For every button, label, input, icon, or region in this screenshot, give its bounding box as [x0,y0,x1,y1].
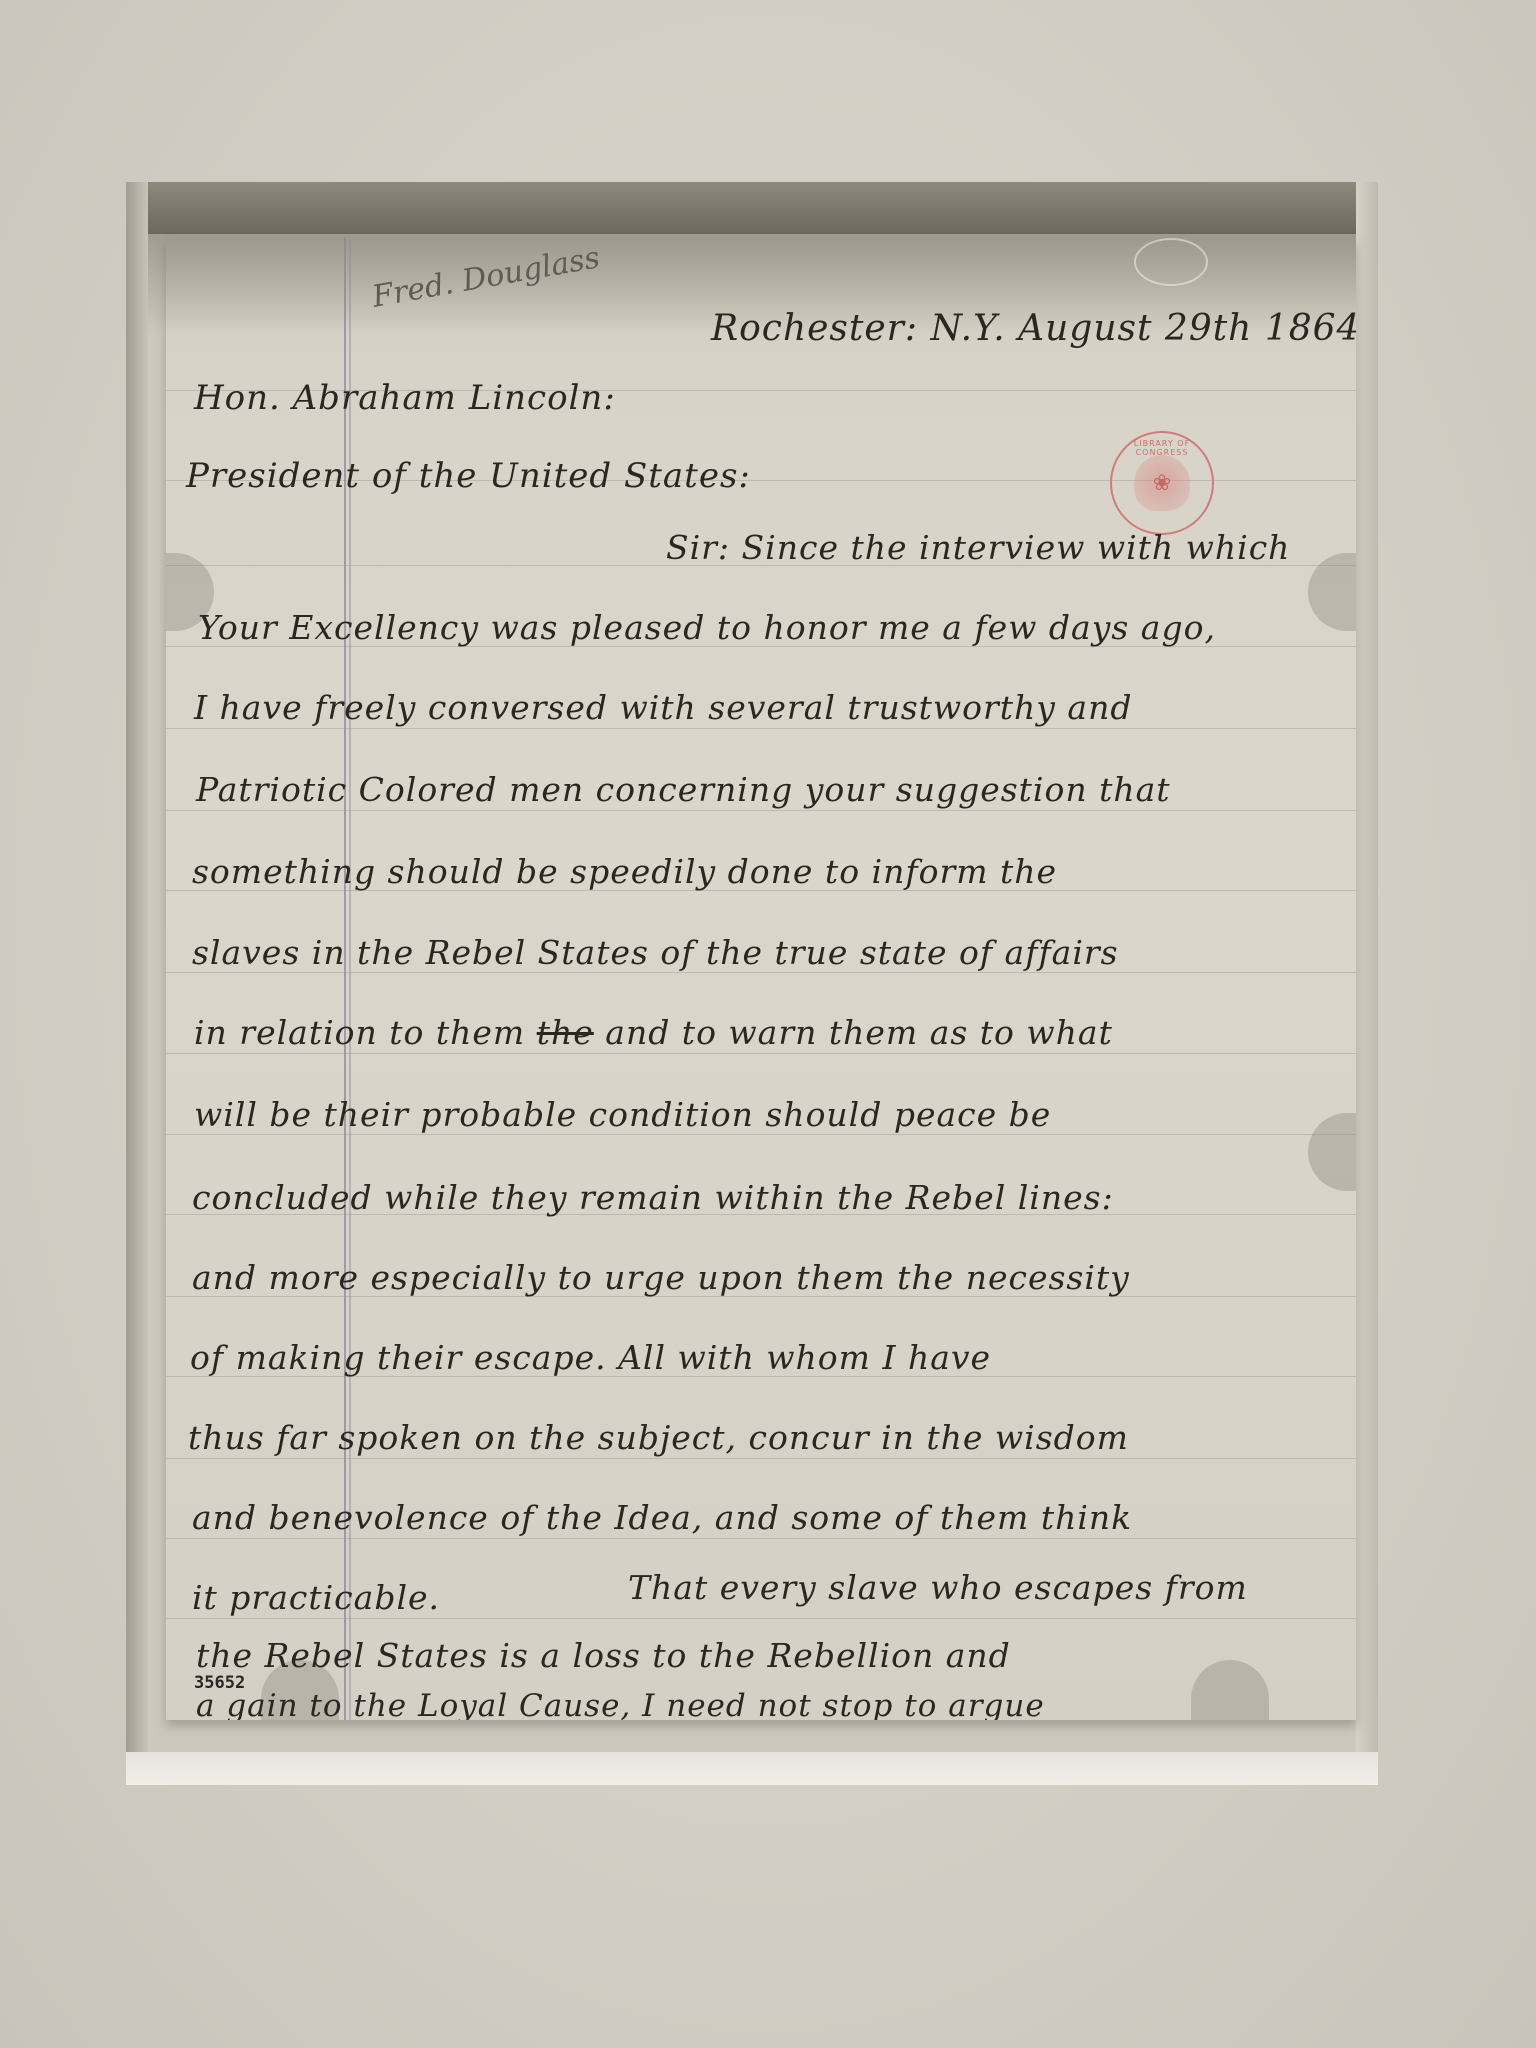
body-line-8: will be their probable condition should … [194,1095,1051,1134]
eagle-icon: ❀ [1134,455,1190,511]
body-line-6: slaves in the Rebel States of the true s… [192,933,1119,972]
body-line-5: something should be speedily done to inf… [192,852,1057,891]
body-line-10: and more especially to urge upon them th… [192,1258,1130,1297]
body-line-3: I have freely conversed with several tru… [194,688,1133,727]
body-line-14: it practicable. [192,1578,440,1617]
body-line-7a: in relation to them [194,1013,525,1052]
body-line-13: and benevolence of the Idea, and some of… [192,1498,1132,1537]
mat-bevel-right [1356,182,1378,1785]
letter-page: Fred. Douglass Rochester: N.Y. August 29… [166,238,1356,1720]
accession-number: 35652 [194,1673,245,1693]
addressee-name: Hon. Abraham Lincoln: [194,378,616,418]
mat-bevel-left [126,182,148,1785]
body-line-15: That every slave who escapes from [628,1568,1248,1607]
struck-word: the [537,1013,594,1052]
mat-bevel-bottom [126,1752,1378,1785]
library-stamp: LIBRARY OF CONGRESS ❀ [1110,431,1214,535]
mat-bevel-top [126,182,1378,234]
body-line-12: thus far spoken on the subject, concur i… [188,1418,1129,1457]
stamp-text: LIBRARY OF CONGRESS [1112,439,1212,457]
body-line-9: concluded while they remain within the R… [192,1178,1114,1217]
mount-hinge [1191,1660,1269,1720]
body-line-11: of making their escape. All with whom I … [190,1338,991,1377]
body-line-2: Your Excellency was pleased to honor me … [198,608,1216,647]
body-line-1: Sir: Since the interview with which [666,528,1290,567]
body-line-7b: and to warn them as to what [605,1013,1113,1052]
body-line-17: a gain to the Loyal Cause, I need not st… [196,1688,1045,1720]
addressee-title: President of the United States: [186,456,751,496]
body-line-4: Patriotic Colored men concerning your su… [196,770,1171,809]
body-line-7: in relation to them the and to warn them… [194,1013,1113,1052]
body-line-16: the Rebel States is a loss to the Rebell… [196,1636,1011,1675]
dateline: Rochester: N.Y. August 29th 1864 [711,308,1356,349]
glass-reflection [1134,238,1208,286]
mount-hinge [1308,1113,1356,1191]
